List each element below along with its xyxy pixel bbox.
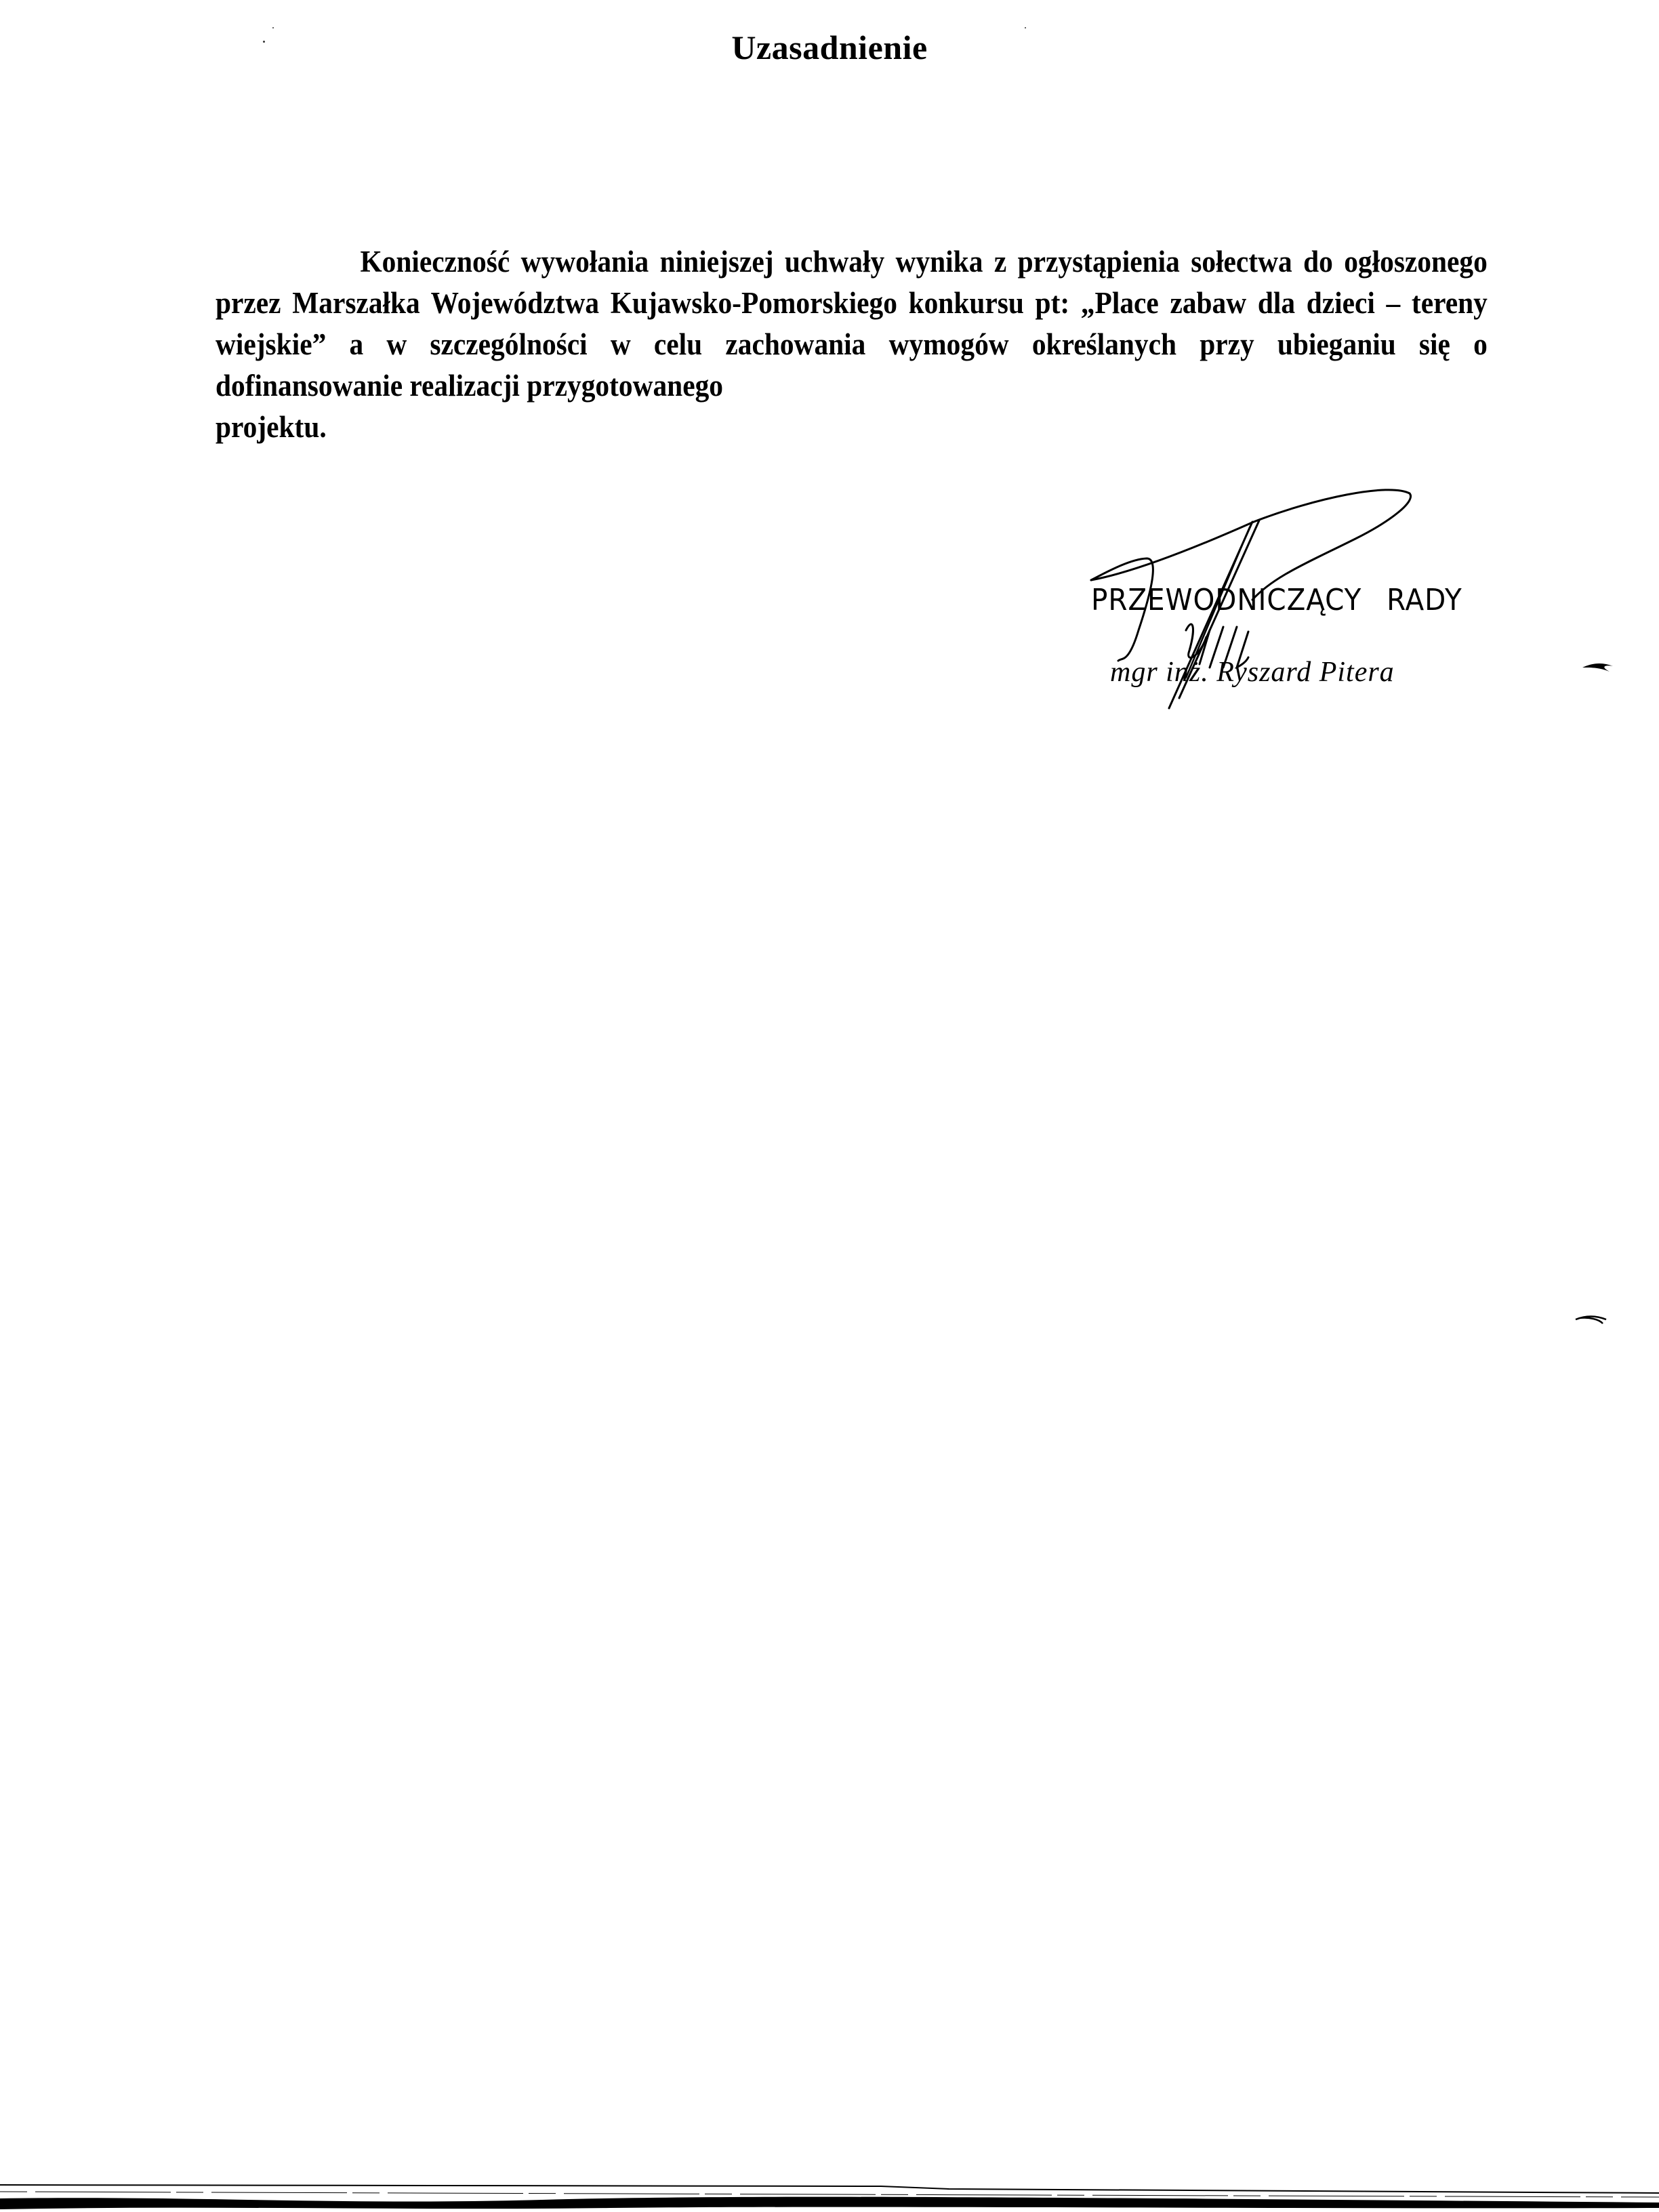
bottom-border-line <box>0 2182 1659 2212</box>
justification-paragraph: Konieczność wywołania niniejszej uchwały… <box>216 241 1488 448</box>
handwritten-signature-icon <box>1071 474 1559 718</box>
document-page: Uzasadnienie Konieczność wywołania ninie… <box>0 0 1659 2212</box>
paragraph-line-5: projektu. <box>216 410 327 444</box>
signature-block: PRZEWODNICZĄCYRADY mgr inż. Ryszard Pite… <box>1071 474 1559 718</box>
document-title: Uzasadnienie <box>0 27 1659 68</box>
binding-mark-icon <box>1579 661 1620 681</box>
paragraph-line-1: Konieczność wywołania niniejszej uchwały… <box>360 245 1292 279</box>
binding-mark-icon <box>1572 1311 1613 1332</box>
